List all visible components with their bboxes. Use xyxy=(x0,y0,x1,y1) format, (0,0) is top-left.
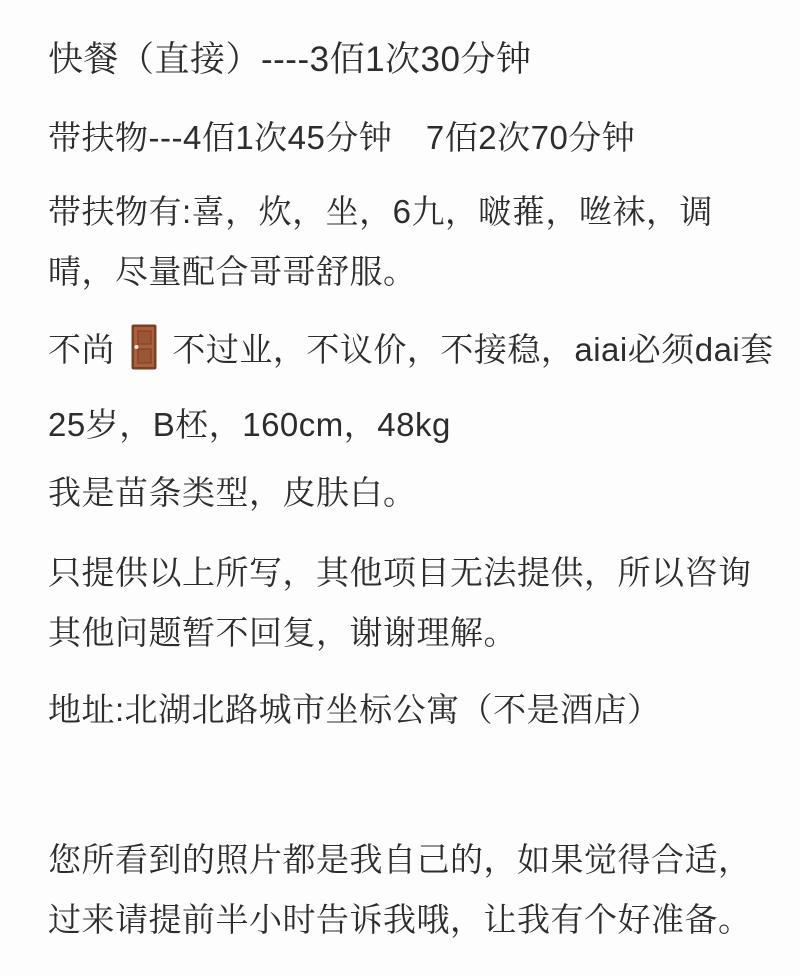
text-before-door: 不尚 xyxy=(48,331,115,368)
text-after-door: 不过业，不议价，不接稳，aiai必须dai套 xyxy=(172,331,773,368)
text-line: 带扶物---4佰1次45分钟 7佰2次70分钟 xyxy=(48,108,764,168)
text-line: 快餐（直接）----3佰1次30分钟 xyxy=(48,30,764,90)
text-line: 其他问题暂不回复，谢谢理解。 xyxy=(48,603,764,663)
text-line: 过来请提前半小时告诉我哦，让我有个好准备。 xyxy=(48,890,764,950)
paragraph-rules: 不尚 不过业，不议价，不接稳，aiai必须dai套 xyxy=(48,320,764,380)
paragraph-stats: 25岁，B柸，160cm，48kg xyxy=(48,395,764,455)
paragraph-scope-note: 只提供以上所写，其他项目无法提供，所以咨询 其他问题暂不回复，谢谢理解。 xyxy=(48,543,764,663)
paragraph-extras-list: 带扶物有:喜，炊，坐，6九，啵蓷，咝袜，调 晴，尽量配合哥哥舒服。 xyxy=(48,182,764,302)
text-line: 只提供以上所写，其他项目无法提供，所以咨询 xyxy=(48,543,764,603)
paragraph-address: 地址:北湖北路城市坐标公寓（不是酒店） xyxy=(48,680,764,740)
paragraph-quick-service: 快餐（直接）----3佰1次30分钟 xyxy=(48,30,764,90)
text-line: 25岁，B柸，160cm，48kg xyxy=(48,395,764,455)
text-line: 晴，尽量配合哥哥舒服。 xyxy=(48,242,764,302)
text-line-with-emoji: 不尚 不过业，不议价，不接稳，aiai必须dai套 xyxy=(48,320,764,380)
notice-page: 快餐（直接）----3佰1次30分钟 带扶物---4佰1次45分钟 7佰2次70… xyxy=(0,0,800,976)
text-line: 我是苗条类型，皮肤白。 xyxy=(48,463,764,523)
text-line: 带扶物有:喜，炊，坐，6九，啵蓷，咝袜，调 xyxy=(48,182,764,242)
paragraph-body-type: 我是苗条类型，皮肤白。 xyxy=(48,463,764,523)
paragraph-photos-note: 您所看到的照片都是我自己的，如果觉得合适， 过来请提前半小时告诉我哦，让我有个好… xyxy=(48,830,764,950)
door-emoji-icon xyxy=(131,324,157,370)
paragraph-extras-price: 带扶物---4佰1次45分钟 7佰2次70分钟 xyxy=(48,108,764,168)
text-line: 地址:北湖北路城市坐标公寓（不是酒店） xyxy=(48,680,764,740)
text-line: 您所看到的照片都是我自己的，如果觉得合适， xyxy=(48,830,764,890)
